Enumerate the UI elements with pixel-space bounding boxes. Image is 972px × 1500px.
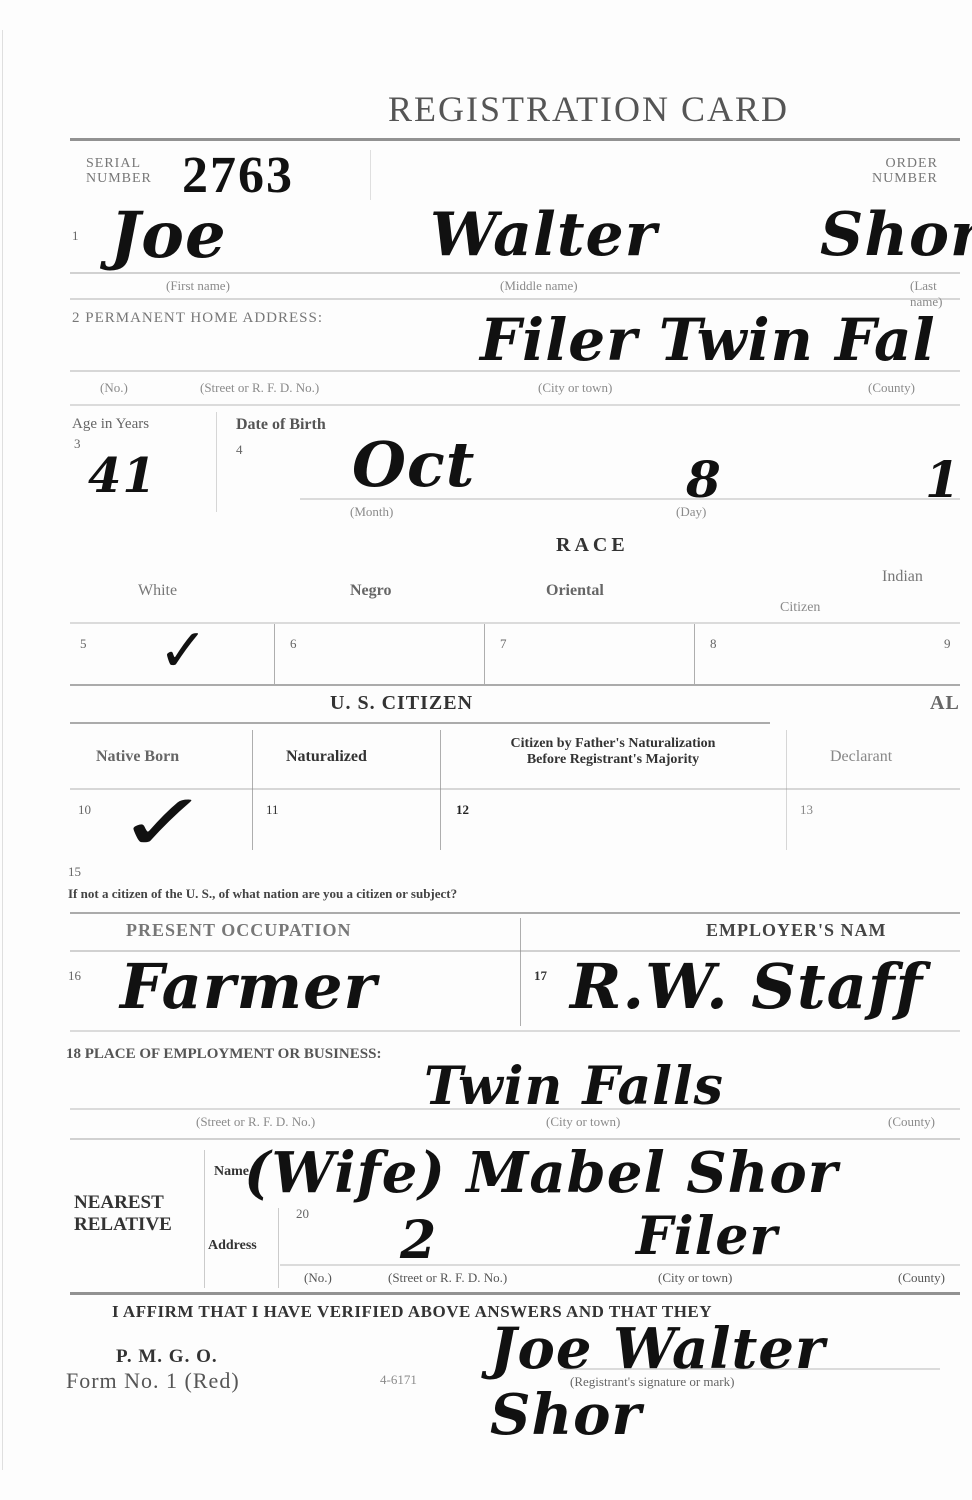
birth-year-fragment: 1 xyxy=(925,450,961,509)
signature-caption: (Registrant's signature or mark) xyxy=(570,1374,734,1390)
address-caption-no: (No.) xyxy=(100,380,128,396)
relative-caption-street: (Street or R. F. D. No.) xyxy=(388,1270,507,1286)
native-born-label: Native Born xyxy=(96,748,179,766)
employer-value: R.W. Staff xyxy=(570,950,923,1023)
employer-heading: EMPLOYER'S NAM xyxy=(706,920,887,941)
dob-label: Date of Birth xyxy=(236,416,326,434)
first-name-caption: (First name) xyxy=(166,278,230,294)
relative-divider-1 xyxy=(204,1150,205,1288)
form-number: Form No. 1 (Red) xyxy=(66,1368,240,1394)
address-caption-street: (Street or R. F. D. No.) xyxy=(200,380,319,396)
birth-day-value: 8 xyxy=(686,450,722,509)
age-field-no: 3 xyxy=(74,436,81,452)
relative-address-rule xyxy=(280,1264,960,1266)
order-label: ORDER NUMBER xyxy=(872,156,938,186)
age-divider xyxy=(216,412,217,512)
father-naturalization-no: 12 xyxy=(456,802,469,818)
relative-field-no: 20 xyxy=(296,1206,309,1222)
nationality-question-no: 15 xyxy=(68,864,81,880)
serial-divider xyxy=(370,150,371,200)
relative-bottom-rule xyxy=(70,1292,960,1295)
race-bottom-rule xyxy=(70,684,960,686)
nearest-relative-label-line2: RELATIVE xyxy=(74,1214,172,1236)
first-name-value: Joe xyxy=(110,198,227,273)
relative-address-city: Filer xyxy=(636,1206,778,1267)
place-of-employment-rule xyxy=(70,1108,960,1110)
race-oriental-label: Oriental xyxy=(546,582,604,600)
age-value: 41 xyxy=(88,448,157,504)
form-code: 4-6171 xyxy=(380,1372,417,1388)
serial-number: 2763 xyxy=(182,146,294,205)
card-title: REGISTRATION CARD xyxy=(388,88,789,130)
serial-label-line2: NUMBER xyxy=(86,171,152,186)
occupation-value: Farmer xyxy=(120,950,377,1023)
form-office: P. M. G. O. xyxy=(116,1346,218,1368)
name-rule xyxy=(70,272,960,274)
address-caption-county: (County) xyxy=(868,380,915,396)
race-divider-3 xyxy=(694,624,695,684)
father-naturalization-label: Citizen by Father's Naturalization Befor… xyxy=(468,736,758,768)
address-rule-2 xyxy=(70,404,960,406)
naturalized-no: 11 xyxy=(266,802,279,818)
citizen-divider-1 xyxy=(252,730,253,850)
father-naturalization-label-line1: Citizen by Father's Naturalization xyxy=(468,736,758,752)
name-field-no: 1 xyxy=(72,228,79,244)
native-born-checkmark[interactable]: ✓ xyxy=(117,776,211,869)
race-indian-label: Indian xyxy=(882,568,923,586)
declarant-label: Declarant xyxy=(830,748,892,766)
signature-rule xyxy=(560,1368,940,1370)
order-label-line2: NUMBER xyxy=(872,171,938,186)
race-negro-no: 6 xyxy=(290,636,297,652)
card-edge xyxy=(2,30,3,1470)
race-citizen-label: Citizen xyxy=(780,600,820,616)
race-white-label: White xyxy=(138,582,177,600)
race-indian-no: 9 xyxy=(944,636,951,652)
relative-address-no: 2 xyxy=(400,1210,437,1271)
middle-name-value: Walter xyxy=(430,200,657,270)
nationality-question: If not a citizen of the U. S., of what n… xyxy=(68,886,457,902)
birth-day-caption: (Day) xyxy=(676,504,706,520)
race-oriental-no: 7 xyxy=(500,636,507,652)
place-caption-street: (Street or R. F. D. No.) xyxy=(196,1114,315,1130)
serial-label-line1: SERIAL xyxy=(86,156,152,171)
race-white-no: 5 xyxy=(80,636,87,652)
serial-label: SERIAL NUMBER xyxy=(86,156,152,186)
citizen-heading-rule xyxy=(70,722,770,724)
naturalized-label: Naturalized xyxy=(286,748,367,766)
alien-heading: AL xyxy=(930,692,960,715)
relative-name-value: (Wife) Mabel Shor xyxy=(244,1140,838,1206)
place-of-employment-label: 18 PLACE OF EMPLOYMENT OR BUSINESS: xyxy=(66,1046,381,1063)
home-address-value: Filer Twin Fal xyxy=(480,306,936,374)
declarant-no: 13 xyxy=(800,802,813,818)
relative-caption-no: (No.) xyxy=(304,1270,332,1286)
order-label-line1: ORDER xyxy=(872,156,938,171)
relative-caption-city: (City or town) xyxy=(658,1270,732,1286)
relative-divider-2 xyxy=(278,1208,279,1288)
address-caption-city: (City or town) xyxy=(538,380,612,396)
father-naturalization-label-line2: Before Registrant's Majority xyxy=(468,752,758,768)
relative-caption-county: (County) xyxy=(898,1270,945,1286)
name-rule-2 xyxy=(70,298,960,300)
citizen-divider-3 xyxy=(786,730,787,850)
relative-address-label: Address xyxy=(208,1238,257,1254)
title-rule xyxy=(70,138,960,141)
native-born-no: 10 xyxy=(78,802,91,818)
address-rule xyxy=(70,370,960,372)
nearest-relative-label-line1: NEAREST xyxy=(74,1192,172,1214)
place-caption-city: (City or town) xyxy=(546,1114,620,1130)
dob-field-no: 4 xyxy=(236,442,243,458)
birth-month-caption: (Month) xyxy=(350,504,393,520)
occupation-rule xyxy=(70,1030,960,1032)
race-negro-label: Negro xyxy=(350,582,391,600)
race-white-checkmark[interactable]: ✓ xyxy=(158,616,208,686)
dob-rule xyxy=(300,498,960,500)
race-divider-1 xyxy=(274,624,275,684)
employer-field-no: 17 xyxy=(534,968,547,984)
place-caption-county: (County) xyxy=(888,1114,935,1130)
race-divider-2 xyxy=(484,624,485,684)
age-label: Age in Years xyxy=(72,416,149,433)
middle-name-caption: (Middle name) xyxy=(500,278,578,294)
occupation-divider xyxy=(520,918,521,1026)
citizen-bottom-rule xyxy=(70,912,960,914)
birth-month-value: Oct xyxy=(352,428,475,501)
race-citizen-no: 8 xyxy=(710,636,717,652)
last-name-value: Shor xyxy=(820,200,972,270)
citizen-divider-2 xyxy=(440,730,441,850)
citizen-heading: U. S. CITIZEN xyxy=(330,692,473,715)
race-heading: RACE xyxy=(556,534,629,557)
occupation-heading: PRESENT OCCUPATION xyxy=(126,920,352,941)
home-address-label: 2 PERMANENT HOME ADDRESS: xyxy=(72,310,323,327)
occupation-field-no: 16 xyxy=(68,968,81,984)
nearest-relative-label: NEAREST RELATIVE xyxy=(74,1192,172,1236)
